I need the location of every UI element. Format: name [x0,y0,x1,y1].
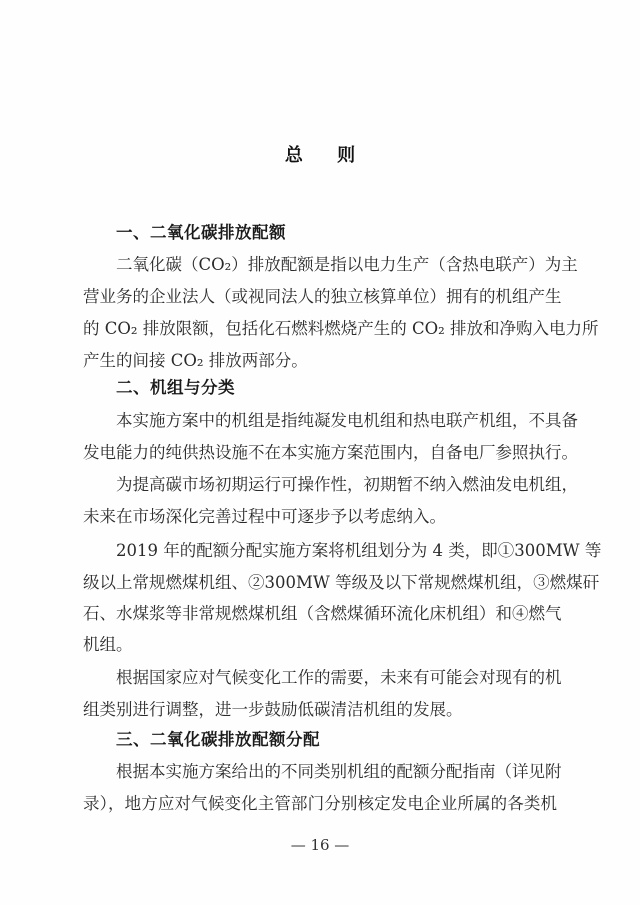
page-number: — 16 — [0,835,640,855]
paragraph-line: 组类别进行调整，进一步鼓励低碳清洁机组的发展。 [83,699,557,721]
document-page: 总 则 一、二氧化碳排放配额 二氧化碳（CO₂）排放配额是指以电力生产（含热电联… [0,0,640,905]
paragraph-line: 二氧化碳（CO₂）排放配额是指以电力生产（含热电联产）为主 [83,254,557,276]
page-title: 总 则 [0,141,640,167]
paragraph-line: 机组。 [83,634,557,656]
paragraph-line: 营业务的企业法人（或视同法人的独立核算单位）拥有的机组产生 [83,286,557,308]
paragraph-line: 发电能力的纯供热设施不在本实施方案范围内，自备电厂参照执行。 [83,442,557,464]
section-heading-3: 三、二氧化碳排放配额分配 [116,729,320,751]
paragraph-line: 级以上常规燃煤机组、②300MW 等级及以下常规燃煤机组，③燃煤矸 [83,572,557,594]
paragraph-line: 本实施方案中的机组是指纯凝发电机组和热电联产机组，不具备 [83,410,557,432]
paragraph-line: 为提高碳市场初期运行可操作性，初期暂不纳入燃油发电机组， [83,474,557,496]
paragraph-line: 产生的间接 CO₂ 排放两部分。 [83,350,557,372]
section-heading-1: 一、二氧化碳排放配额 [116,222,286,244]
paragraph-line: 未来在市场深化完善过程中可逐步予以考虑纳入。 [83,506,557,528]
paragraph-line: 的 CO₂ 排放限额，包括化石燃料燃烧产生的 CO₂ 排放和净购入电力所 [83,318,557,340]
paragraph-line: 石、水煤浆等非常规燃煤机组（含燃煤循环流化床机组）和④燃气 [83,603,557,625]
paragraph-line: 根据国家应对气候变化工作的需要，未来有可能会对现有的机 [83,667,557,689]
paragraph-line: 2019 年的配额分配实施方案将机组划分为 4 类，即①300MW 等 [83,540,557,562]
paragraph-line: 录），地方应对气候变化主管部门分别核定发电企业所属的各类机 [83,793,557,815]
paragraph-line: 根据本实施方案给出的不同类别机组的配额分配指南（详见附 [83,761,557,783]
section-heading-2: 二、机组与分类 [116,377,235,399]
